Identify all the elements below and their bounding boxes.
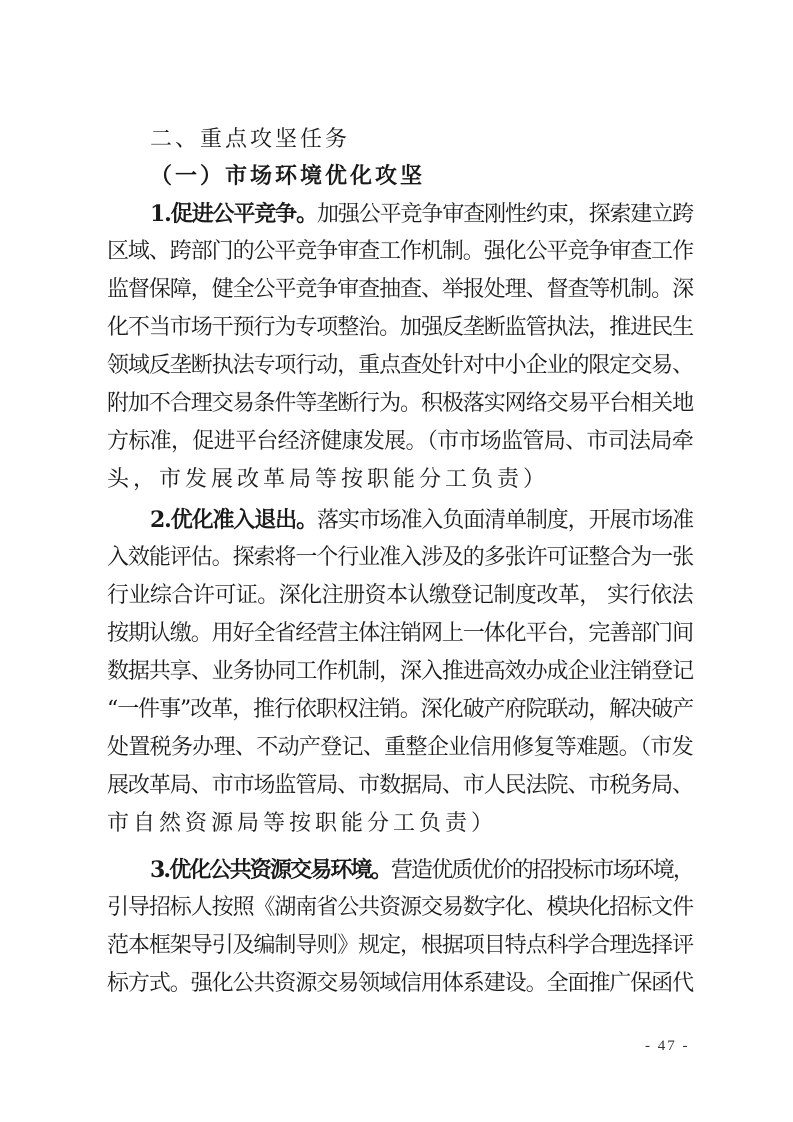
item-2-line: 市自然资源局等按职能分工负责） xyxy=(107,809,693,839)
document-page: 二、重点攻坚任务 （一）市场环境优化攻坚 1.促进公平竞争。加强公平竞争审查刚性… xyxy=(0,0,793,1122)
item-2-text: 落实市场准入负面清单制度，开展市场准 xyxy=(317,508,693,533)
item-3-first-line: 3.优化公共资源交易环境。营造优质优价的招投标市场环境， xyxy=(150,855,693,885)
item-3-line: 引导招标人按照《湖南省公共资源交易数字化、模块化招标文件 xyxy=(107,893,693,923)
item-2-line: 展改革局、市市场监管局、市数据局、市人民法院、市税务局、 xyxy=(107,771,693,801)
item-1-line: 监督保障，健全公平竞争审查抽查、举报处理、督查等机制。深 xyxy=(107,275,693,305)
item-3-title: 3.优化公共资源交易环境。 xyxy=(150,857,391,883)
item-2-line: 入效能评估。探索将一个行业准入涉及的多张许可证整合为一张 xyxy=(107,543,693,573)
item-1-line: 头，市发展改革局等按职能分工负责） xyxy=(107,465,693,495)
item-2-title: 2.优化准入退出。 xyxy=(150,507,317,533)
item-2-line: 处置税务办理、不动产登记、重整企业信用修复等难题。（市发 xyxy=(107,733,693,763)
item-1-line: 附加不合理交易条件等垄断行为。积极落实网络交易平台相关地 xyxy=(107,389,693,419)
item-3-line: 范本框架导引及编制导则》规定，根据项目特点科学合理选择评 xyxy=(107,931,693,961)
item-3-text: 营造优质优价的招投标市场环境， xyxy=(391,858,693,883)
item-1-line: 化不当市场干预行为专项整治。加强反垄断监管执法，推进民生 xyxy=(107,313,693,343)
item-1-line: 方标准，促进平台经济健康发展。（市市场监管局、市司法局牵 xyxy=(107,427,693,457)
item-2-line: “一件事”改革，推行依职权注销。深化破产府院联动，解决破产 xyxy=(107,695,693,725)
section-heading: 二、重点攻坚任务 xyxy=(150,125,693,155)
item-1-first-line: 1.促进公平竞争。加强公平竞争审查刚性约束，探索建立跨 xyxy=(150,199,693,229)
item-2-line: 行业综合许可证。深化注册资本认缴登记制度改革， 实行依法 xyxy=(107,581,693,611)
item-2-first-line: 2.优化准入退出。落实市场准入负面清单制度，开展市场准 xyxy=(150,505,693,535)
item-1-line: 区域、跨部门的公平竞争审查工作机制。强化公平竞争审查工作 xyxy=(107,237,693,267)
page-number: - 47 - xyxy=(645,1038,690,1055)
item-1-line: 领域反垄断执法专项行动，重点查处针对中小企业的限定交易、 xyxy=(107,351,693,381)
item-1-text: 加强公平竞争审查刚性约束，探索建立跨 xyxy=(317,202,693,227)
item-2-line: 按期认缴。用好全省经营主体注销网上一体化平台，完善部门间 xyxy=(107,619,693,649)
item-2-line: 数据共享、业务协同工作机制，深入推进高效办成企业注销登记 xyxy=(107,657,693,687)
item-1-title: 1.促进公平竞争。 xyxy=(150,201,317,227)
item-3-line: 标方式。强化公共资源交易领域信用体系建设。全面推广保函代 xyxy=(107,969,693,999)
subsection-heading: （一）市场环境优化攻坚 xyxy=(150,161,693,191)
